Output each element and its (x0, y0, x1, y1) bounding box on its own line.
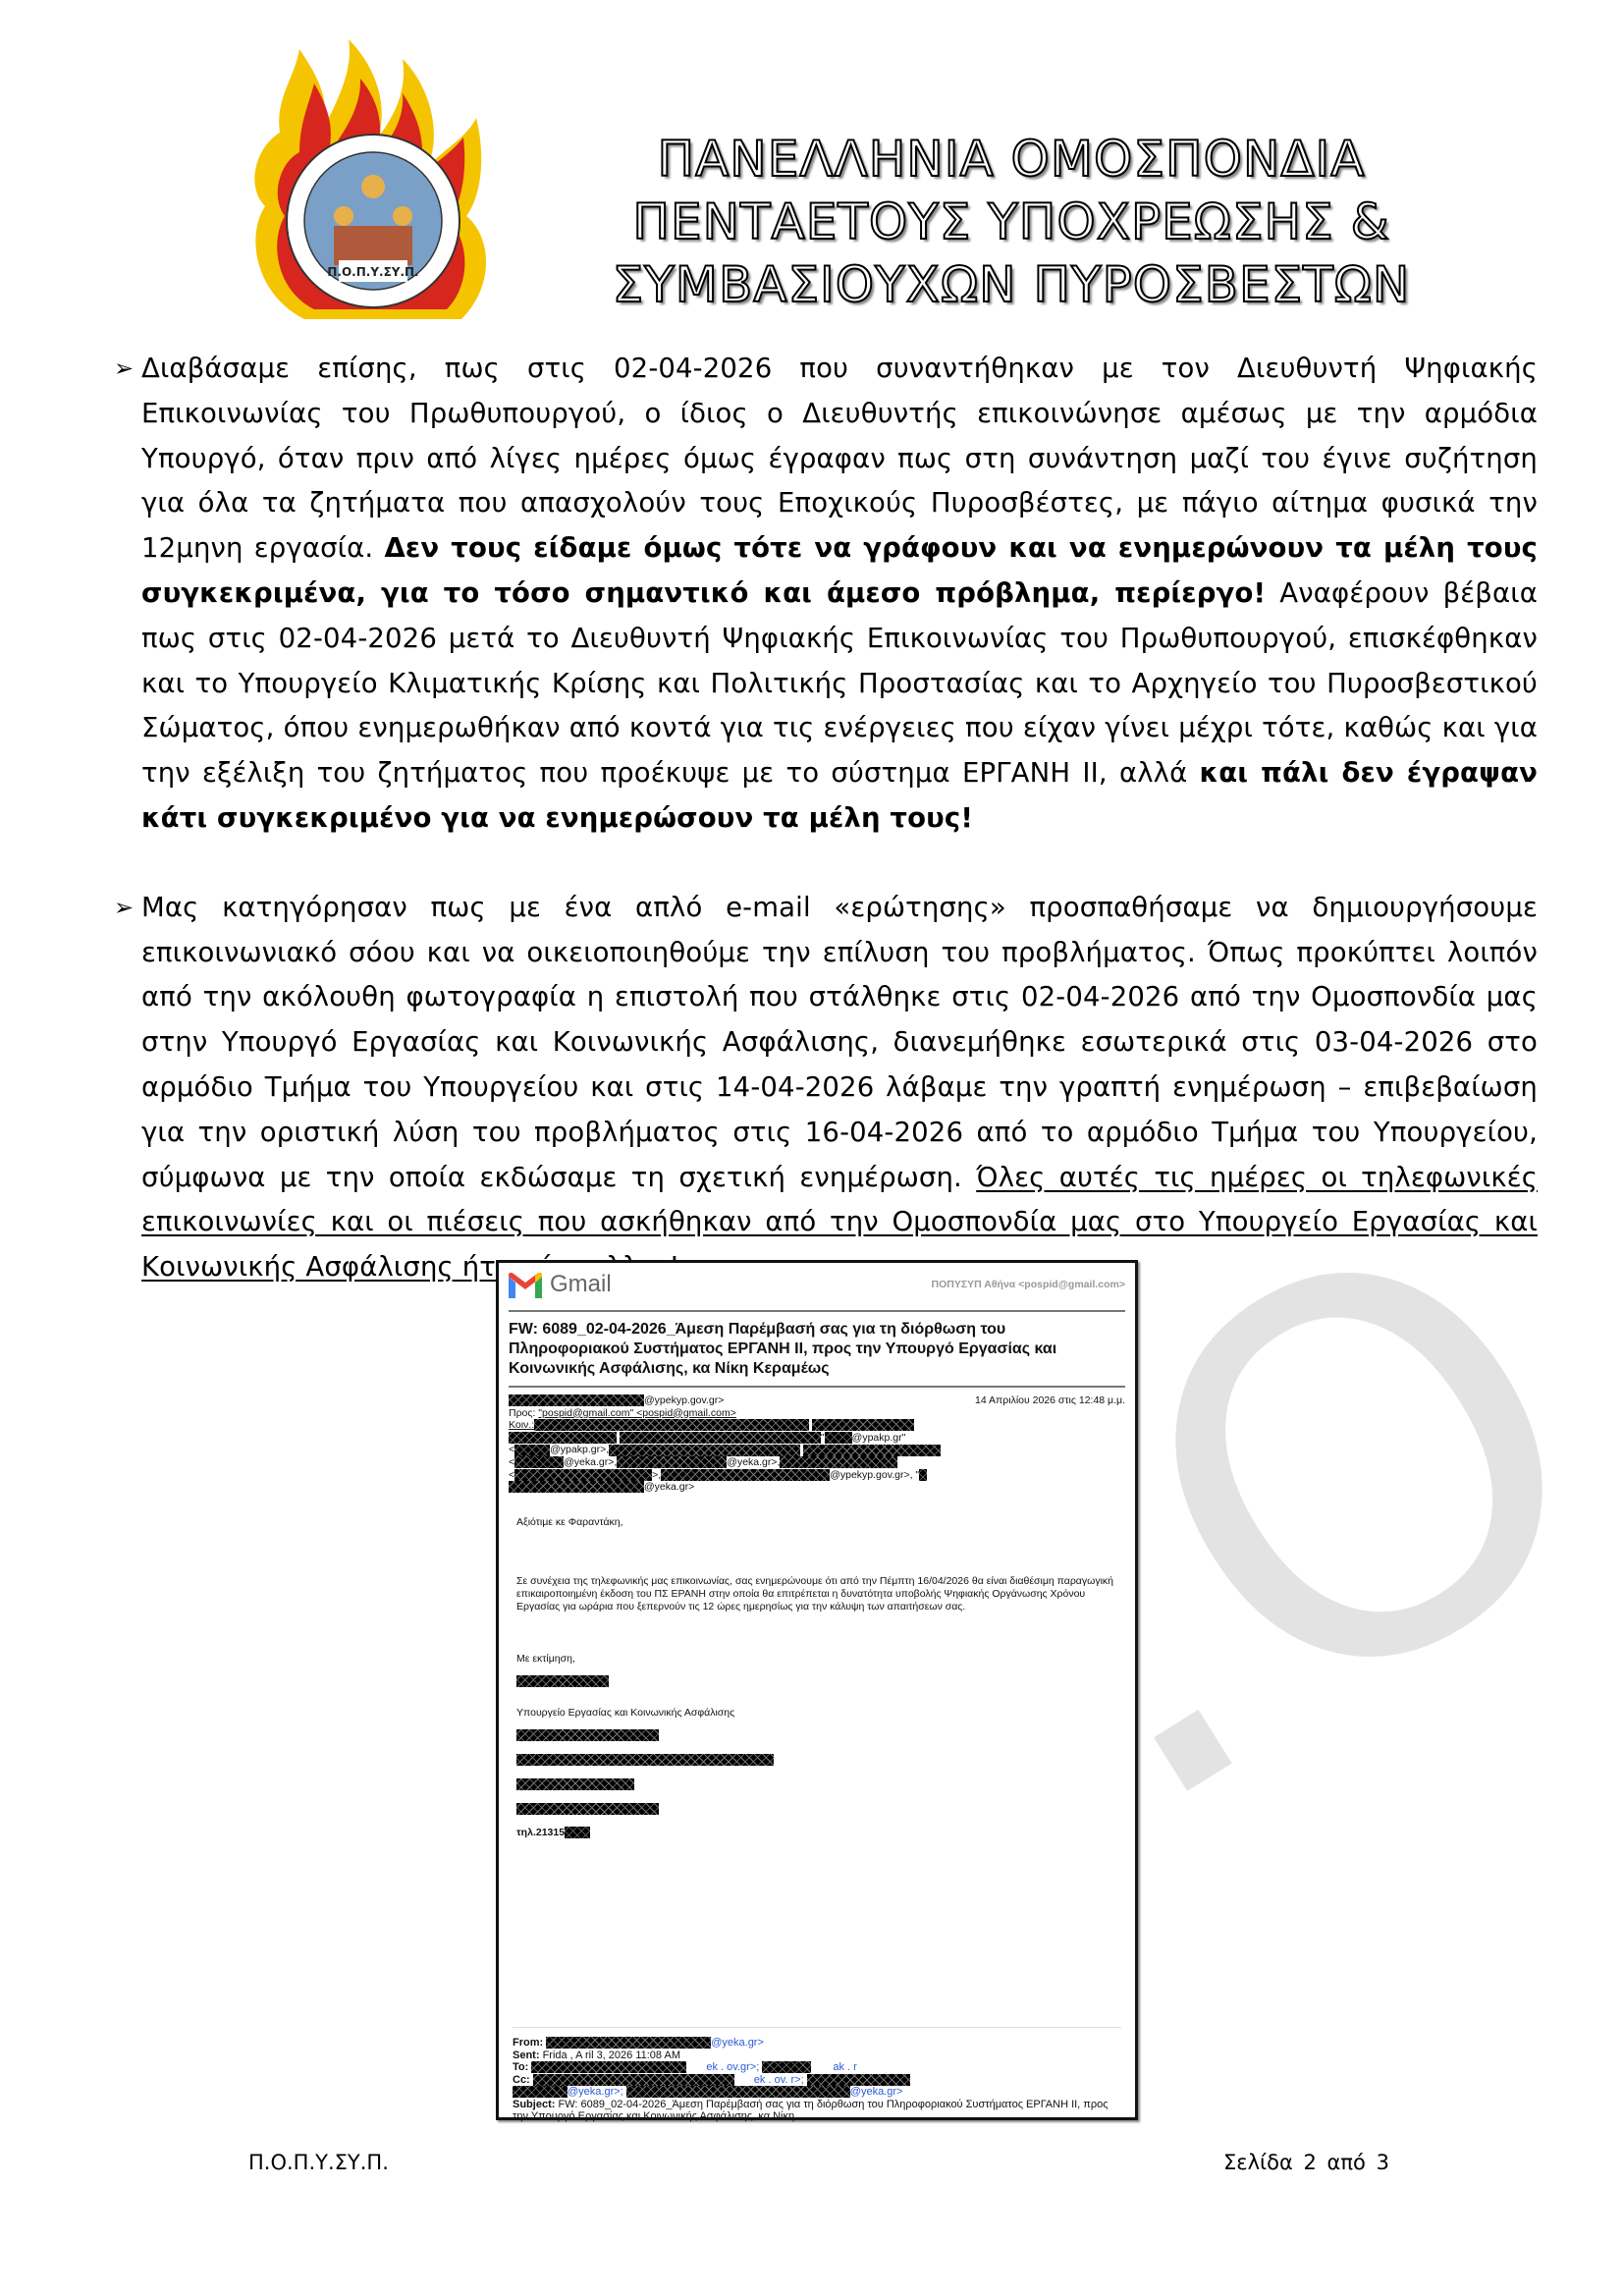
gmail-header: Gmail ΠΟΠΥΣΥΠ Αθήνα <pospid@gmail.com> (509, 1271, 1125, 1300)
cc-frag: @ypekyp.gov.gr>, " (830, 1469, 919, 1481)
paragraph-2: ➢ Μας κατηγόρησαν πως με ένα απλό e-mail… (116, 886, 1538, 1290)
redaction (780, 1456, 897, 1468)
redaction (509, 1432, 617, 1444)
paragraph-1: ➢ Διαβάσαμε επίσης, πως στις 02-04-2026 … (116, 347, 1538, 842)
signature-redaction (516, 1803, 659, 1816)
email-greeting: Αξιότιμε κε Φαραντάκη, (516, 1516, 623, 1529)
signature-redaction (516, 1778, 634, 1791)
email-cc-label: Κοιν.: (509, 1419, 534, 1431)
arrowhead-bullet-icon: ➢ (114, 347, 134, 392)
email-meta: @ypekyp.gov.gr> 14 Απριλίου 2026 στις 12… (509, 1394, 1125, 1494)
redaction (812, 1419, 914, 1431)
footer-org: Π.Ο.Π.Υ.ΣΥ.Π. (248, 2151, 389, 2174)
redaction (509, 1481, 644, 1493)
gmail-m-icon (509, 1273, 542, 1298)
redaction (534, 1419, 809, 1431)
gmail-account: ΠΟΠΥΣΥΠ Αθήνα <pospid@gmail.com> (932, 1279, 1125, 1290)
svg-text:Π.Ο.Π.Υ.ΣΥ.Π.: Π.Ο.Π.Υ.ΣΥ.Π. (327, 265, 418, 279)
redaction (514, 1445, 550, 1456)
signature-redaction (516, 1754, 774, 1767)
arrowhead-bullet-icon: ➢ (114, 886, 134, 931)
flame-emblem-logo: Π.Ο.Π.Υ.ΣΥ.Π. (245, 39, 501, 324)
cc-frag: @ypakp.gr" (852, 1432, 906, 1444)
divider (513, 2027, 1121, 2028)
redaction (661, 1469, 830, 1481)
org-title-line-2: ΠΕΝΤΑΕΤΟΥΣ ΥΠΟΧΡΕΩΣΗΣ & (609, 191, 1414, 253)
redaction (509, 1394, 644, 1406)
org-title-line-1: ΠΑΝΕΛΛΗΝΙΑ ΟΜΟΣΠΟΝΔΙΑ (609, 128, 1414, 191)
redaction (617, 1456, 727, 1468)
document-body: ➢ Διαβάσαμε επίσης, πως στις 02-04-2026 … (116, 347, 1538, 1290)
cc-frag: @yeka.gr>, (727, 1456, 780, 1468)
email-phone: τηλ.21315 (516, 1827, 590, 1839)
email-body: Σε συνέχεια της τηλεφωνικής μας επικοινω… (516, 1575, 1115, 1613)
email-to-label: Προς: (509, 1407, 535, 1419)
page-number: Σελίδα 2 από 3 (1223, 2151, 1389, 2174)
redaction (514, 1469, 652, 1481)
email-ministry: Υπουργείο Εργασίας και Κοινωνικής Ασφάλι… (516, 1707, 734, 1720)
org-title: ΠΑΝΕΛΛΗΝΙΑ ΟΜΟΣΠΟΝΔΙΑ ΠΕΝΤΑΕΤΟΥΣ ΥΠΟΧΡΕΩ… (609, 128, 1414, 316)
email-from-suffix: @ypekyp.gov.gr> (644, 1394, 724, 1406)
email-screenshot: Gmail ΠΟΠΥΣΥΠ Αθήνα <pospid@gmail.com> F… (496, 1260, 1138, 2120)
email-closing: Με εκτίμηση, (516, 1653, 575, 1666)
email-subject: FW: 6089_02-04-2026_Άμεση Παρέμβασή σας … (509, 1320, 1125, 1379)
cc-frag: @yeka.gr> (644, 1481, 694, 1493)
gmail-app-name: Gmail (550, 1271, 612, 1298)
forwarded-header: From: @yeka.gr> Sent: Frida , A ril 3, 2… (513, 2037, 1121, 2123)
redaction (609, 1445, 800, 1456)
email-to-value: "pospid@gmail.com" <pospid@gmail.com> (538, 1407, 736, 1419)
redaction (620, 1432, 821, 1444)
divider (509, 1310, 1125, 1312)
org-title-line-3: ΣΥΜΒΑΣΙΟΥΧΩΝ ΠΥΡΟΣΒΕΣΤΩΝ (609, 253, 1414, 316)
signature-redaction (516, 1729, 659, 1742)
para2-seg1: Μας κατηγόρησαν πως με ένα απλό e-mail «… (141, 892, 1538, 1193)
email-date: 14 Απριλίου 2026 στις 12:48 μ.μ. (975, 1394, 1125, 1407)
cc-frag: @ypakp.gr>, (550, 1444, 609, 1455)
redaction (803, 1445, 941, 1456)
redaction (919, 1469, 927, 1481)
redaction (825, 1432, 852, 1444)
cc-frag: @yeka.gr>, (564, 1456, 617, 1468)
redaction (514, 1456, 564, 1468)
signature-redaction (516, 1675, 609, 1688)
cc-frag: >, (652, 1469, 661, 1481)
divider (509, 1386, 1125, 1388)
